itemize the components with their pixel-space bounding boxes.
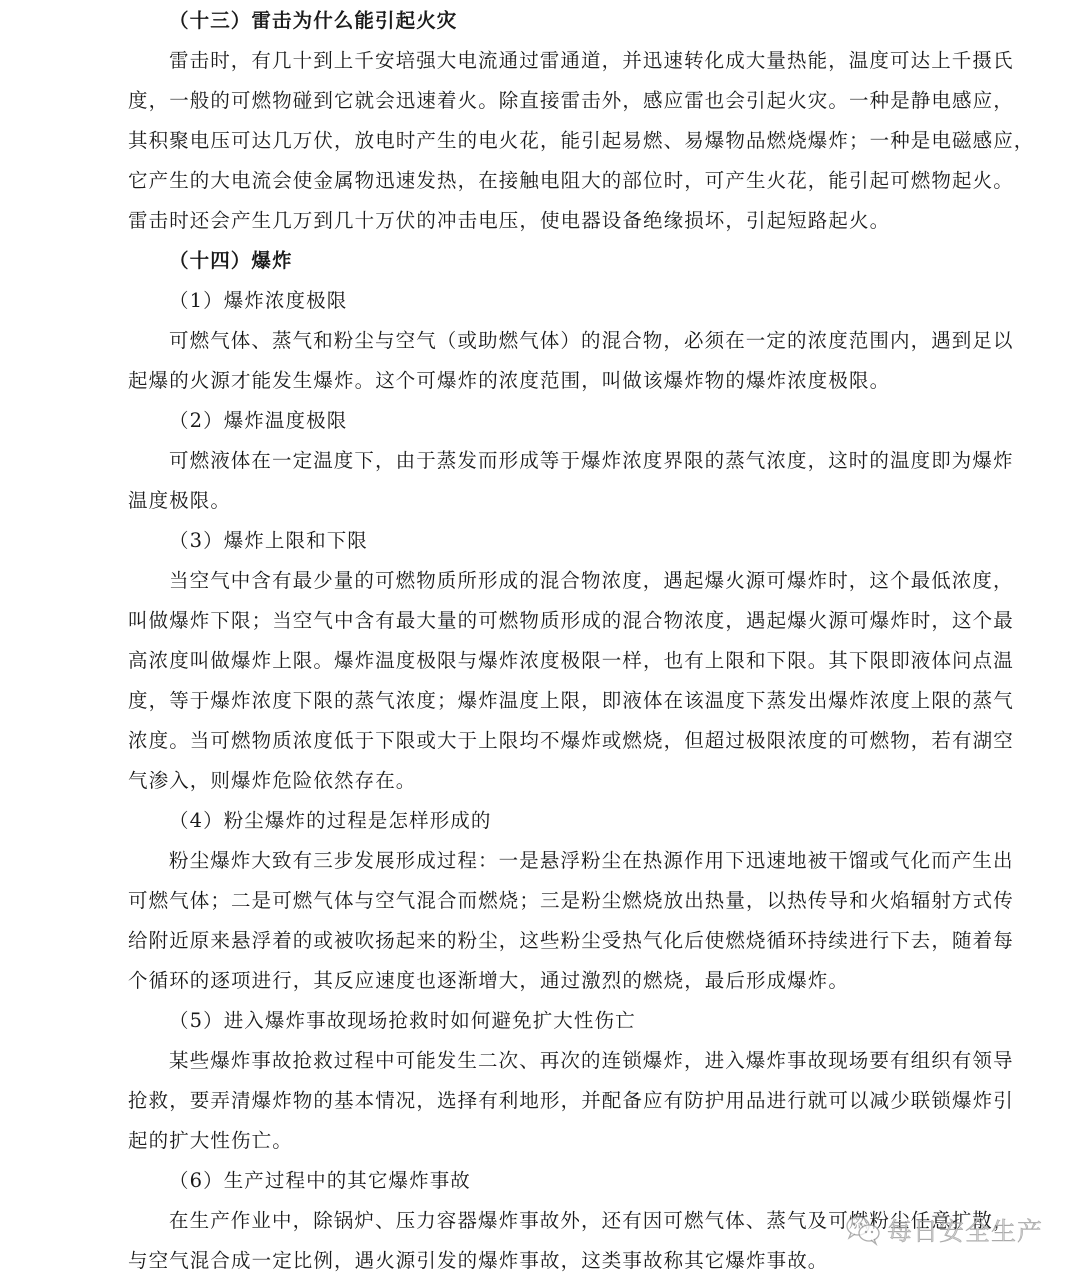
watermark: 每日安全生产 [845,1210,1043,1250]
paragraph-line: 粉尘爆炸大致有三步发展形成过程：一是悬浮粉尘在热源作用下迅速地被干馏或气化而产生… [169,848,952,874]
paragraph-line: 在生产作业中，除锅炉、压力容器爆炸事故外，还有因可燃气体、蒸气及可燃粉尘任意扩散… [169,1208,952,1234]
paragraph-line: 可燃气体；二是可燃气体与空气混合而燃烧；三是粉尘燃烧放出热量，以热传导和火焰辐射… [128,888,952,914]
paragraph-line: 雷击时，有几十到上千安培强大电流通过雷通道，并迅速转化成大量热能，温度可达上千摄… [169,48,952,74]
paragraph-line: 起的扩大性伤亡。 [128,1128,952,1154]
subsection-title-4: （4）粉尘爆炸的过程是怎样形成的 [169,808,993,834]
subsection-title-2: （2）爆炸温度极限 [169,408,993,434]
paragraph-line: 可燃气体、蒸气和粉尘与空气（或助燃气体）的混合物，必须在一定的浓度范围内，遇到足… [169,328,952,354]
paragraph-line: 个循环的逐项进行，其反应速度也逐渐增大，通过激烈的燃烧，最后形成爆炸。 [128,968,952,994]
paragraph-line: 某些爆炸事故抢救过程中可能发生二次、再次的连锁爆炸，进入爆炸事故现场要有组织有领… [169,1048,952,1074]
section-heading-13: （十三）雷击为什么能引起火灾 [169,8,993,34]
paragraph-line: 度，一般的可燃物碰到它就会迅速着火。除直接雷击外，感应雷也会引起火灾。一种是静电… [128,88,952,114]
subsection-title-6: （6）生产过程中的其它爆炸事故 [169,1168,993,1194]
subsection-title-3: （3）爆炸上限和下限 [169,528,993,554]
wechat-icon [845,1214,881,1246]
watermark-text: 每日安全生产 [887,1212,1043,1248]
paragraph-line: 给附近原来悬浮着的或被吹扬起来的粉尘，这些粉尘受热气化后使燃烧循环持续进行下去，… [128,928,952,954]
section-heading-14: （十四）爆炸 [169,248,993,274]
paragraph-line: 抢救，要弄清爆炸物的基本情况，选择有利地形，并配备应有防护用品进行就可以减少联锁… [128,1088,952,1114]
paragraph-line: 高浓度叫做爆炸上限。爆炸温度极限与爆炸浓度极限一样，也有上限和下限。其下限即液体… [128,648,952,674]
paragraph-line: 可燃液体在一定温度下，由于蒸发而形成等于爆炸浓度界限的蒸气浓度，这时的温度即为爆… [169,448,952,474]
paragraph-line: 当空气中含有最少量的可燃物质所形成的混合物浓度，遇起爆火源可爆炸时，这个最低浓度… [169,568,952,594]
subsection-title-1: （1）爆炸浓度极限 [169,288,993,314]
paragraph-line: 它产生的大电流会使金属物迅速发热，在接触电阻大的部位时，可产生火花，能引起可燃物… [128,168,952,194]
document-page: （十三）雷击为什么能引起火灾 雷击时，有几十到上千安培强大电流通过雷通道，并迅速… [0,0,1080,1280]
paragraph-line: 度，等于爆炸浓度下限的蒸气浓度；爆炸温度上限，即液体在该温度下蒸发出爆炸浓度上限… [128,688,952,714]
subsection-title-5: （5）进入爆炸事故现场抢救时如何避免扩大性伤亡 [169,1008,993,1034]
paragraph-line: 起爆的火源才能发生爆炸。这个可爆炸的浓度范围，叫做该爆炸物的爆炸浓度极限。 [128,368,952,394]
paragraph-line: 气渗入，则爆炸危险依然存在。 [128,768,952,794]
paragraph-line: 浓度。当可燃物质浓度低于下限或大于上限均不爆炸或燃烧，但超过极限浓度的可燃物，若… [128,728,952,754]
paragraph-line: 其积聚电压可达几万伏，放电时产生的电火花，能引起易燃、易爆物品燃烧爆炸；一种是电… [128,128,952,154]
paragraph-line: 雷击时还会产生几万到几十万伏的冲击电压，使电器设备绝缘损坏，引起短路起火。 [128,208,952,234]
paragraph-line: 叫做爆炸下限；当空气中含有最大量的可燃物质形成的混合物浓度，遇起爆火源可爆炸时，… [128,608,952,634]
paragraph-line: 温度极限。 [128,488,952,514]
paragraph-line: 与空气混合成一定比例，遇火源引发的爆炸事故，这类事故称其它爆炸事故。 [128,1248,952,1274]
